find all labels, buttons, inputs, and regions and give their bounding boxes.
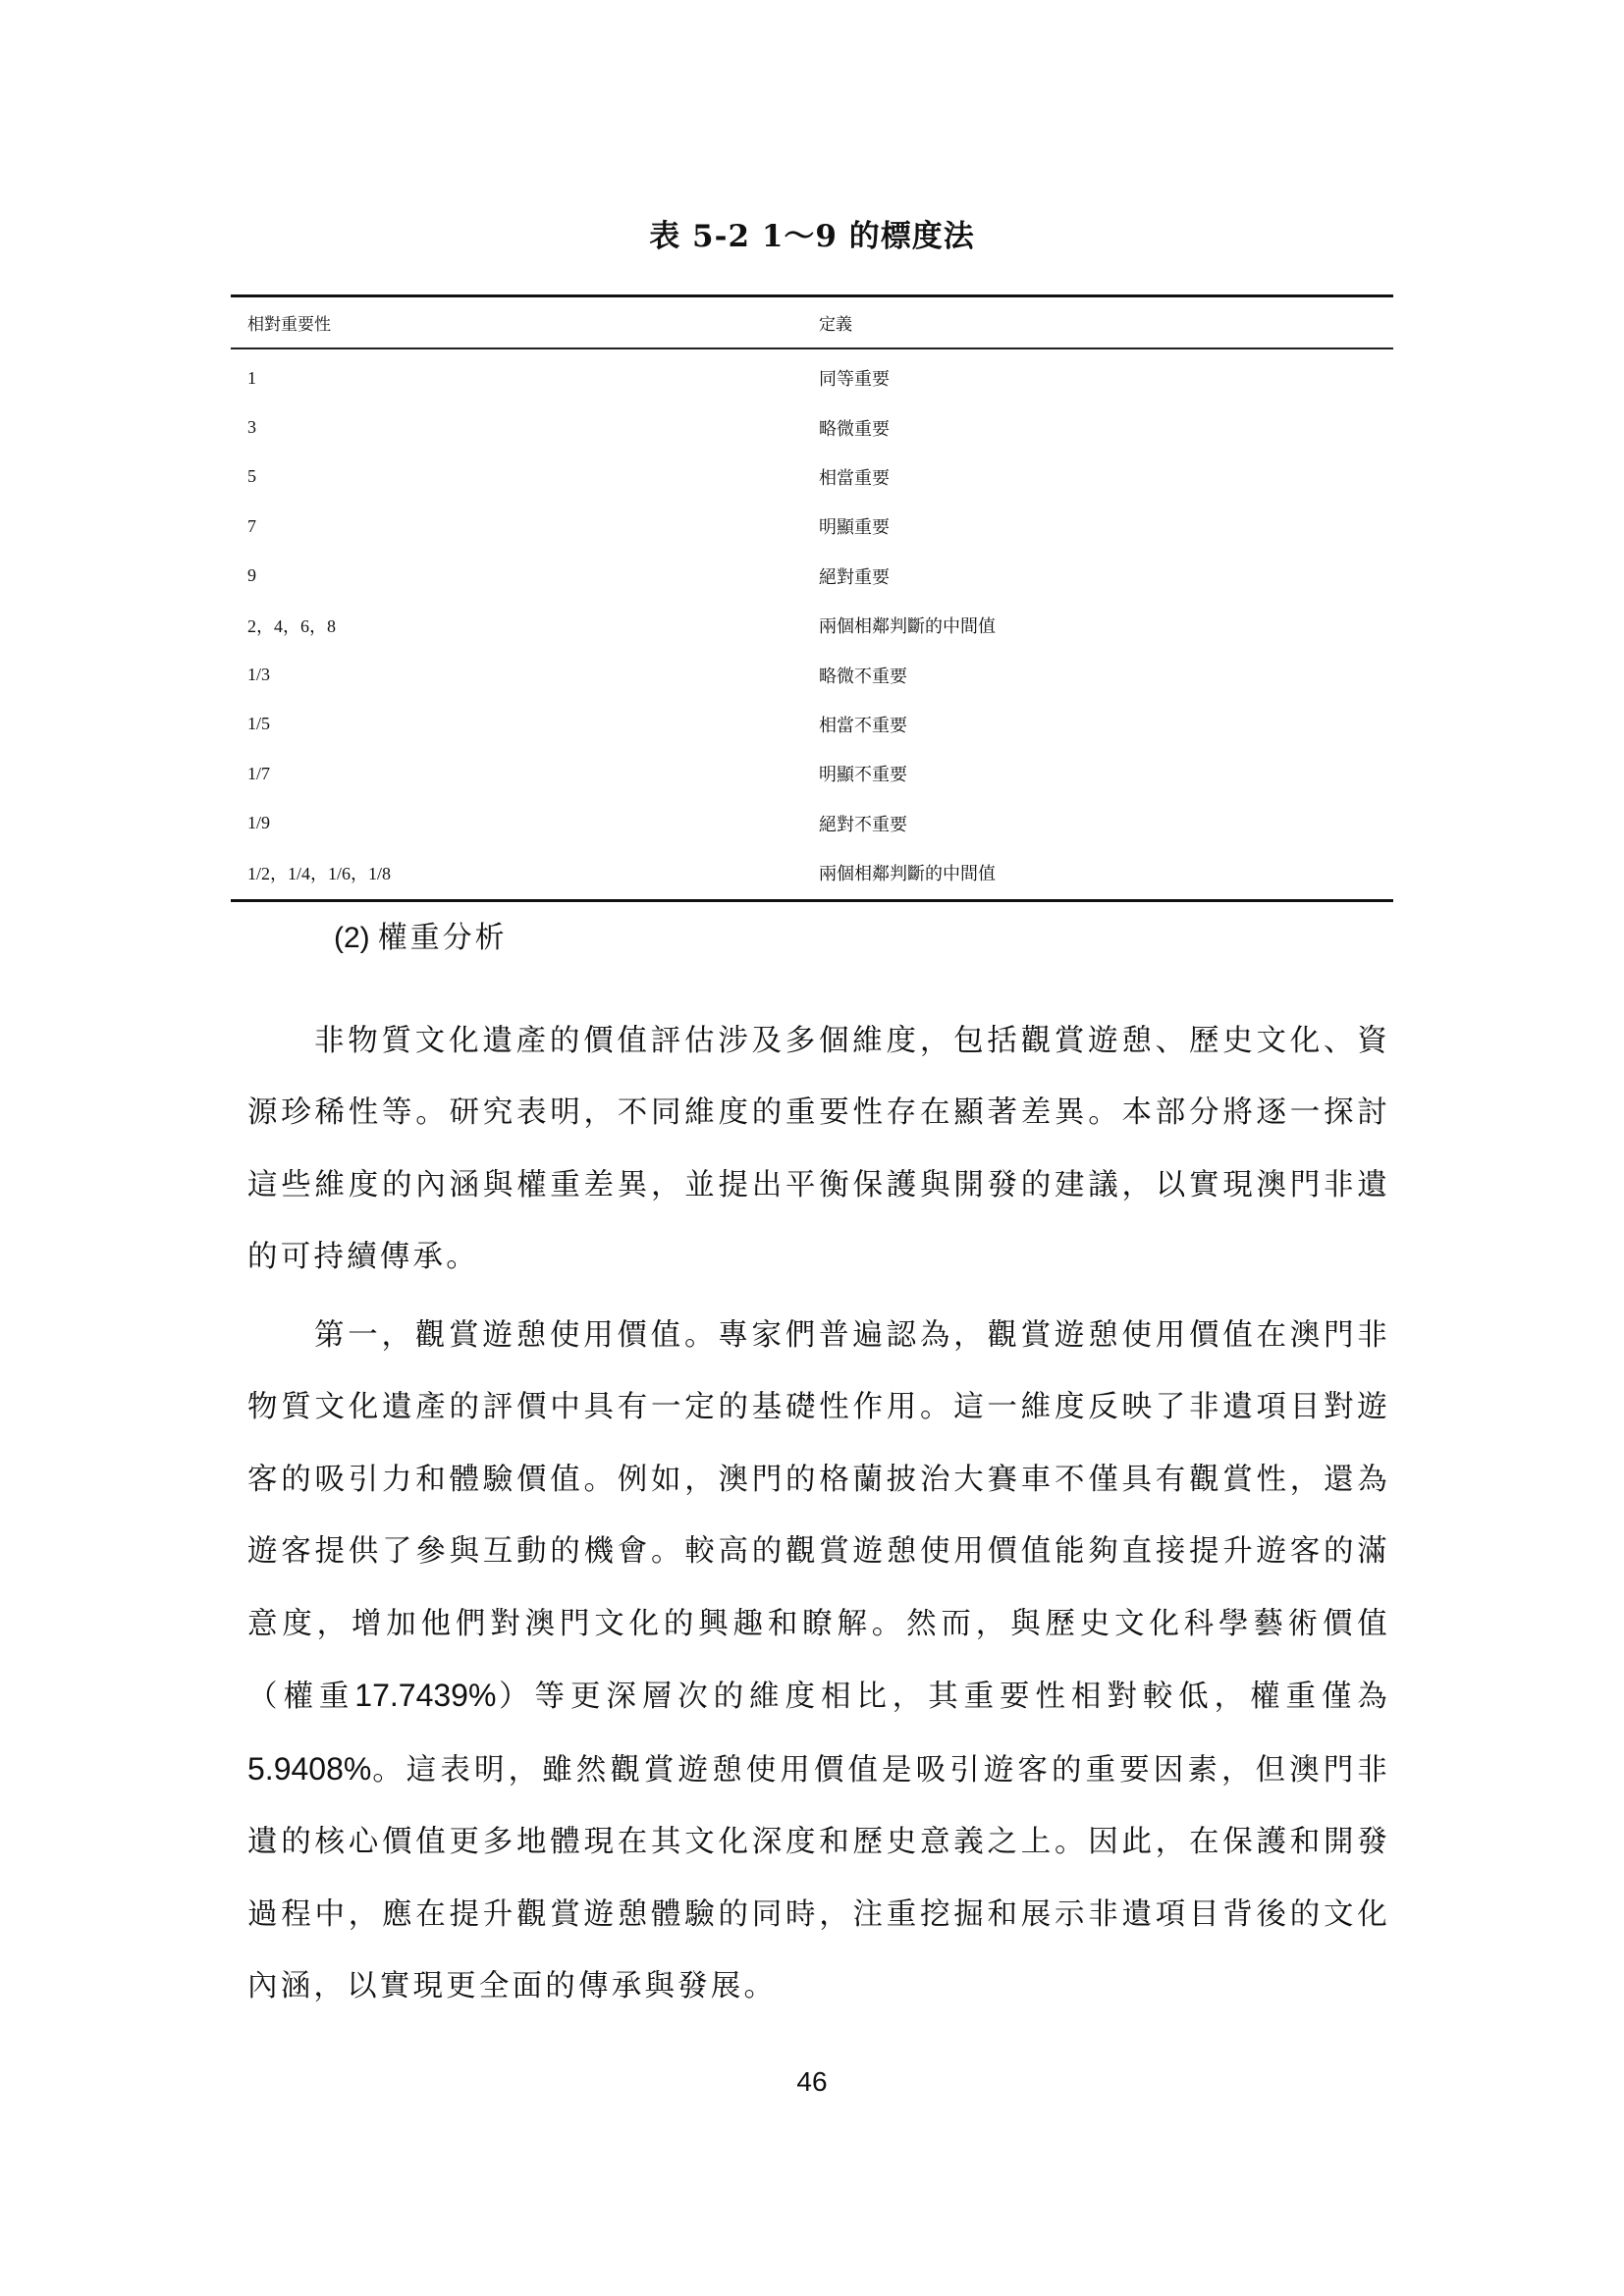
table-row: 7 明顯重要 [231,502,1393,551]
importance-definition: 兩個相鄰判斷的中間值 [819,860,1393,885]
importance-value: 1/9 [231,813,819,833]
weight-value-recreation: 5.9408% [247,1751,371,1787]
table-row: 9 絕對重要 [231,552,1393,601]
importance-definition: 兩個相鄰判斷的中間值 [819,613,1393,638]
header-definition: 定義 [819,310,1393,335]
paragraph-recreational-value: 第一，觀賞遊憩使用價值。專家們普遍認為，觀賞遊憩使用價值在澳門非物質文化遺產的評… [247,1300,1390,2023]
importance-value: 1/2，1/4，1/6，1/8 [231,860,819,885]
importance-value: 5 [231,466,819,487]
importance-definition: 明顯重要 [819,513,1393,539]
scale-table: 相對重要性 定義 1 同等重要 3 略微重要 5 相當重要 7 明顯重要 9 絕… [231,294,1393,902]
table-row: 1/2，1/4，1/6，1/8 兩個相鄰判斷的中間值 [231,848,1393,897]
table-row: 1 同等重要 [231,353,1393,402]
importance-value: 1/3 [231,665,819,685]
table-row: 1/5 相當不重要 [231,700,1393,749]
importance-value: 3 [231,417,819,438]
importance-definition: 同等重要 [819,365,1393,391]
table-row: 1/9 絕對不重要 [231,799,1393,848]
importance-value: 7 [231,516,819,537]
importance-value: 1/7 [231,764,819,784]
importance-value: 1 [231,368,819,389]
importance-value: 9 [231,565,819,586]
table-bottom-rule [231,899,1393,902]
importance-definition: 相當重要 [819,464,1393,490]
table-row: 3 略微重要 [231,402,1393,452]
importance-value: 1/5 [231,714,819,734]
paragraph-text: 第一，觀賞遊憩使用價值。專家們普遍認為，觀賞遊憩使用價值在澳門非物質文化遺產的評… [247,1318,1390,1715]
weight-value-history-culture: 17.7439% [354,1678,496,1713]
table-row: 2，4，6，8 兩個相鄰判斷的中間值 [231,601,1393,650]
page-number: 46 [0,2066,1624,2098]
importance-definition: 略微不重要 [819,663,1393,688]
section-number: (2) [334,922,370,954]
section-title: 權重分析 [378,921,508,955]
table-row: 5 相當重要 [231,453,1393,502]
document-page: 表 5-2 1～9 的標度法 相對重要性 定義 1 同等重要 3 略微重要 5 … [0,0,1624,2296]
header-relative-importance: 相對重要性 [231,310,819,335]
paragraph-text: 。這表明，雖然觀賞遊憩使用價值是吸引遊客的重要因素，但澳門非遺的核心價值更多地體… [247,1753,1390,2004]
table-row: 1/3 略微不重要 [231,650,1393,699]
table-caption: 表 5-2 1～9 的標度法 [0,211,1624,255]
table-header-row: 相對重要性 定義 [231,297,1393,347]
section-heading: (2)權重分析 [334,913,508,956]
importance-value: 2，4，6，8 [231,613,819,638]
table-row: 1/7 明顯不重要 [231,749,1393,798]
importance-definition: 相當不重要 [819,712,1393,737]
importance-definition: 絕對不重要 [819,811,1393,836]
paragraph-text: ）等更深層次的維度相比，其重要性相對較低，權重僅為 [496,1680,1390,1714]
paragraph-intro: 非物質文化遺產的價值評估涉及多個維度，包括觀賞遊憩、歷史文化、資源珍稀性等。研究… [247,1005,1390,1294]
importance-definition: 明顯不重要 [819,761,1393,786]
importance-definition: 略微重要 [819,415,1393,441]
importance-definition: 絕對重要 [819,563,1393,589]
